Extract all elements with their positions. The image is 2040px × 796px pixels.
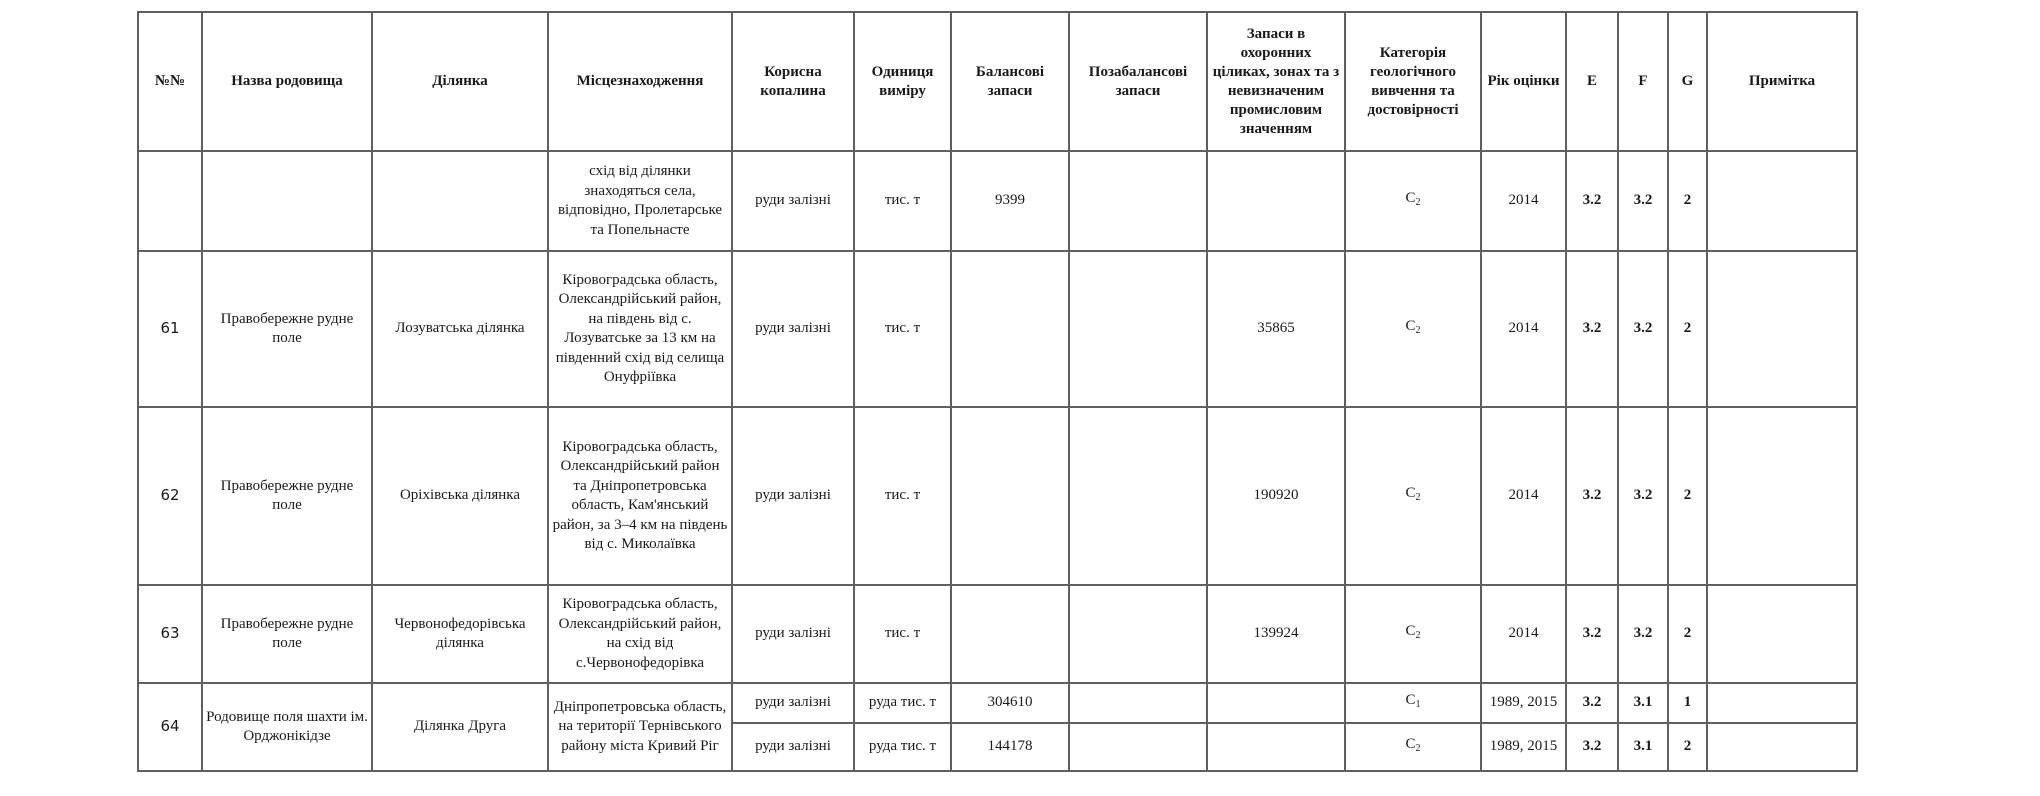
cell-site: Оріхівська ділянка [372, 407, 548, 585]
category-letter: C [1405, 485, 1415, 501]
cell-mineral: руди залізні [732, 683, 854, 723]
cell-f: 3.2 [1618, 151, 1668, 251]
cell-location: Кіровоградська область, Олександрійський… [548, 251, 732, 407]
cell-unit: руда тис. т [854, 683, 951, 723]
cell-note [1707, 151, 1857, 251]
header-g: G [1668, 12, 1707, 151]
category-letter: C [1405, 190, 1415, 206]
cell-year: 2014 [1481, 407, 1566, 585]
cell-mineral: руди залізні [732, 251, 854, 407]
cell-unit: тис. т [854, 407, 951, 585]
header-deposit-name: Назва родовища [202, 12, 372, 151]
category-subscript: 2 [1416, 743, 1421, 754]
cell-unit: руда тис. т [854, 723, 951, 771]
cell-location: Кіровоградська область, Олександрійський… [548, 407, 732, 585]
cell-protected: 35865 [1207, 251, 1345, 407]
cell-off-balance [1069, 683, 1207, 723]
cell-protected [1207, 723, 1345, 771]
header-mineral: Корисна копалина [732, 12, 854, 151]
cell-g: 2 [1668, 251, 1707, 407]
cell-note [1707, 723, 1857, 771]
header-f: F [1618, 12, 1668, 151]
cell-g: 1 [1668, 683, 1707, 723]
cell-year: 2014 [1481, 151, 1566, 251]
cell-g: 2 [1668, 407, 1707, 585]
cell-unit: тис. т [854, 151, 951, 251]
cell-balance [951, 407, 1069, 585]
category-letter: C [1405, 736, 1415, 752]
cell-off-balance [1069, 151, 1207, 251]
header-balance-reserves: Балансові запаси [951, 12, 1069, 151]
cell-deposit: Правобережне рудне поле [202, 407, 372, 585]
cell-year: 2014 [1481, 251, 1566, 407]
cell-category: C2 [1345, 151, 1481, 251]
cell-g: 2 [1668, 723, 1707, 771]
cell-note [1707, 683, 1857, 723]
cell-location: Дніпропетровська область, на території Т… [548, 683, 732, 771]
cell-deposit [202, 151, 372, 251]
cell-off-balance [1069, 407, 1207, 585]
cell-location: Кіровоградська область, Олександрійський… [548, 585, 732, 683]
category-letter: C [1405, 623, 1415, 639]
category-subscript: 2 [1416, 630, 1421, 641]
header-location: Місцезнаходження [548, 12, 732, 151]
cell-e: 3.2 [1566, 585, 1618, 683]
category-subscript: 1 [1416, 699, 1421, 710]
cell-f: 3.2 [1618, 585, 1668, 683]
cell-protected [1207, 683, 1345, 723]
category-subscript: 2 [1416, 197, 1421, 208]
header-protected-reserves: Запаси в охоронних ціликах, зонах та з н… [1207, 12, 1345, 151]
cell-site [372, 151, 548, 251]
cell-note [1707, 251, 1857, 407]
category-letter: C [1405, 318, 1415, 334]
cell-balance [951, 251, 1069, 407]
table-row: 63 Правобережне рудне поле Червонофедорі… [138, 585, 1857, 683]
cell-e: 3.2 [1566, 683, 1618, 723]
cell-f: 3.1 [1618, 723, 1668, 771]
cell-category: C2 [1345, 407, 1481, 585]
cell-note [1707, 585, 1857, 683]
cell-site: Ділянка Друга [372, 683, 548, 771]
header-number: №№ [138, 12, 202, 151]
category-letter: C [1405, 692, 1415, 708]
cell-number: 63 [138, 585, 202, 683]
header-year: Рік оцінки [1481, 12, 1566, 151]
cell-year: 2014 [1481, 585, 1566, 683]
header-site: Ділянка [372, 12, 548, 151]
cell-balance: 144178 [951, 723, 1069, 771]
cell-e: 3.2 [1566, 407, 1618, 585]
cell-balance [951, 585, 1069, 683]
cell-deposit: Родовище поля шахти ім. Орджонікідзе [202, 683, 372, 771]
cell-number [138, 151, 202, 251]
cell-off-balance [1069, 723, 1207, 771]
cell-deposit: Правобережне рудне поле [202, 251, 372, 407]
cell-g: 2 [1668, 151, 1707, 251]
cell-mineral: руди залізні [732, 151, 854, 251]
header-off-balance-reserves: Позабалансові запаси [1069, 12, 1207, 151]
cell-unit: тис. т [854, 585, 951, 683]
cell-balance: 304610 [951, 683, 1069, 723]
cell-unit: тис. т [854, 251, 951, 407]
category-subscript: 2 [1416, 492, 1421, 503]
cell-f: 3.2 [1618, 251, 1668, 407]
table-row: 61 Правобережне рудне поле Лозуватська д… [138, 251, 1857, 407]
cell-off-balance [1069, 585, 1207, 683]
cell-g: 2 [1668, 585, 1707, 683]
cell-mineral: руди залізні [732, 407, 854, 585]
cell-year: 1989, 2015 [1481, 723, 1566, 771]
cell-protected: 139924 [1207, 585, 1345, 683]
cell-e: 3.2 [1566, 723, 1618, 771]
cell-off-balance [1069, 251, 1207, 407]
category-subscript: 2 [1416, 325, 1421, 336]
header-unit: Одиниця виміру [854, 12, 951, 151]
cell-site: Червонофедорівська ділянка [372, 585, 548, 683]
cell-e: 3.2 [1566, 251, 1618, 407]
cell-year: 1989, 2015 [1481, 683, 1566, 723]
cell-mineral: руди залізні [732, 585, 854, 683]
cell-f: 3.2 [1618, 407, 1668, 585]
header-e: E [1566, 12, 1618, 151]
header-note: Примітка [1707, 12, 1857, 151]
table-row: схід від ділянки знаходяться села, відпо… [138, 151, 1857, 251]
deposits-table: №№ Назва родовища Ділянка Місцезнаходжен… [137, 11, 1858, 772]
cell-e: 3.2 [1566, 151, 1618, 251]
cell-mineral: руди залізні [732, 723, 854, 771]
cell-category: C2 [1345, 251, 1481, 407]
cell-balance: 9399 [951, 151, 1069, 251]
cell-protected [1207, 151, 1345, 251]
cell-deposit: Правобережне рудне поле [202, 585, 372, 683]
table-row: 64 Родовище поля шахти ім. Орджонікідзе … [138, 683, 1857, 723]
cell-note [1707, 407, 1857, 585]
cell-number: 64 [138, 683, 202, 771]
cell-f: 3.1 [1618, 683, 1668, 723]
header-category: Категорія геологічного вивчення та досто… [1345, 12, 1481, 151]
table-row: 62 Правобережне рудне поле Оріхівська ді… [138, 407, 1857, 585]
cell-category: C2 [1345, 585, 1481, 683]
cell-site: Лозуватська ділянка [372, 251, 548, 407]
cell-location: схід від ділянки знаходяться села, відпо… [548, 151, 732, 251]
cell-protected: 190920 [1207, 407, 1345, 585]
cell-number: 62 [138, 407, 202, 585]
cell-category: C1 [1345, 683, 1481, 723]
header-row: №№ Назва родовища Ділянка Місцезнаходжен… [138, 12, 1857, 151]
cell-number: 61 [138, 251, 202, 407]
cell-category: C2 [1345, 723, 1481, 771]
